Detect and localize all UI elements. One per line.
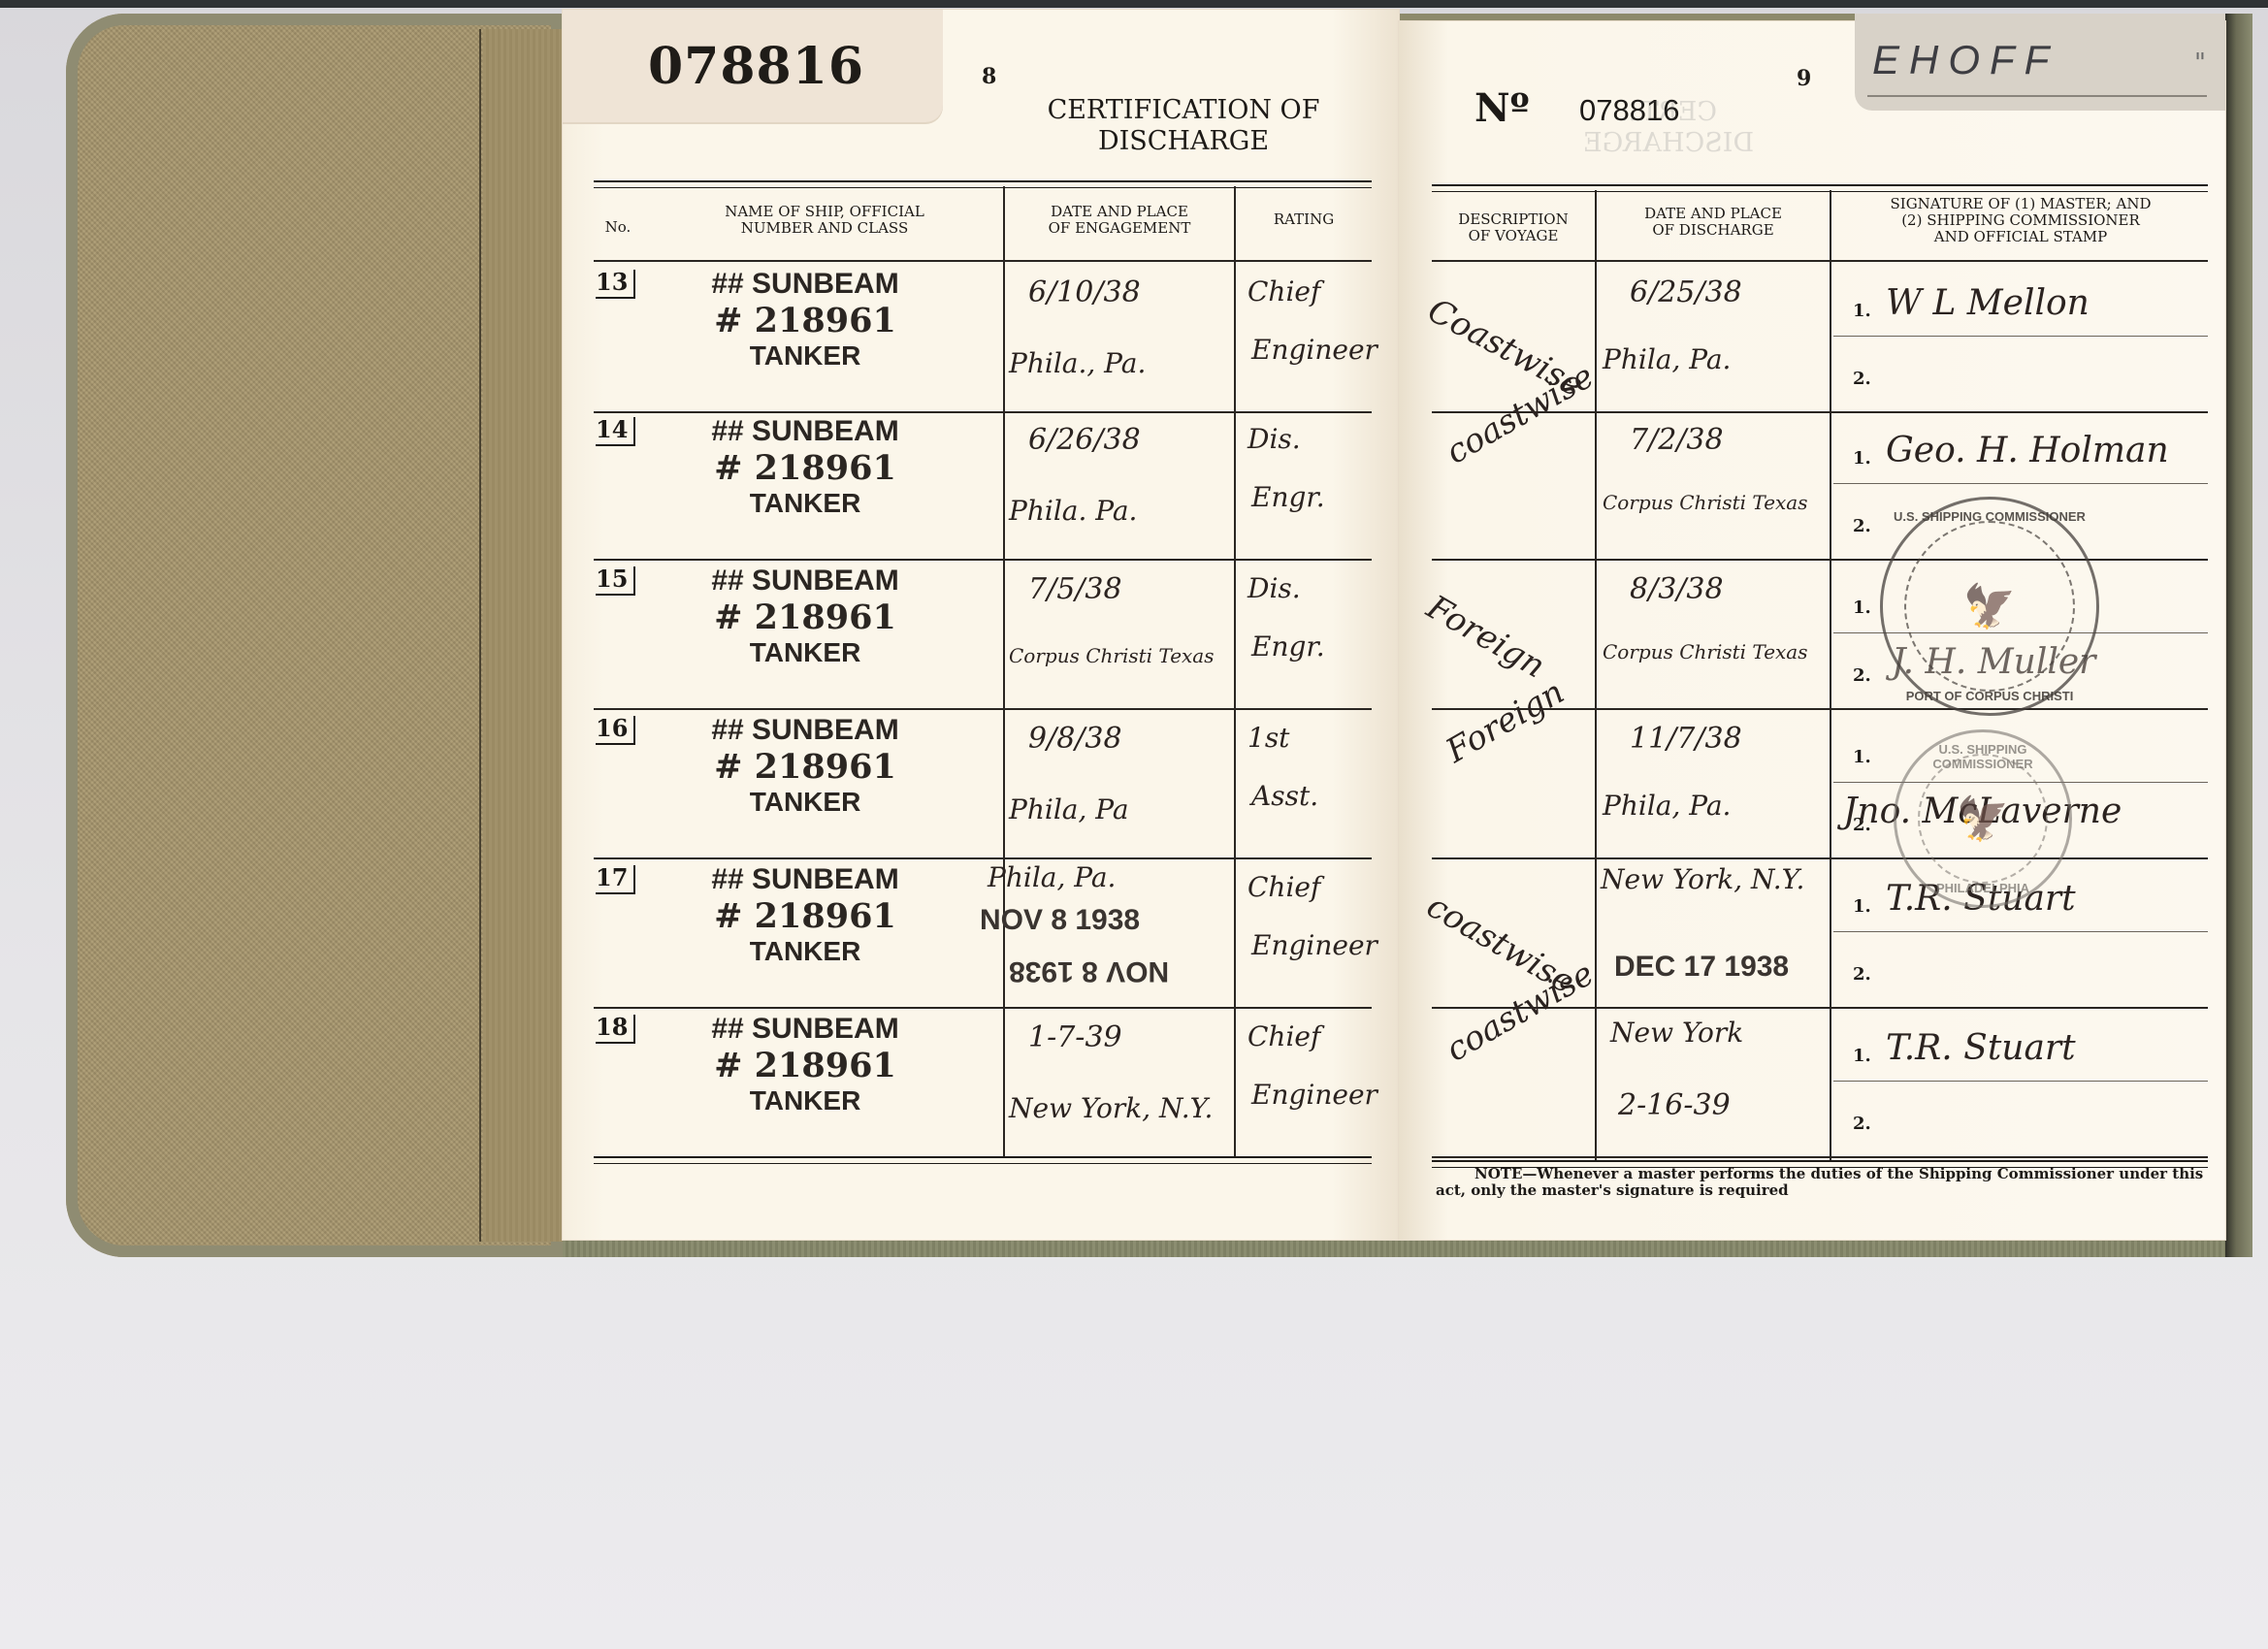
ship-class: TANKER	[631, 340, 980, 372]
discharge-place: Phila, Pa.	[1603, 343, 1731, 375]
row-rule	[1432, 559, 2208, 561]
ship-cell: ## SUNBEAM# 218961TANKER	[631, 714, 980, 818]
discharge-date: 7/2/38	[1630, 423, 1724, 457]
row-rule	[594, 411, 1372, 413]
signature-rule	[1833, 336, 2208, 337]
ship-class: TANKER	[631, 787, 980, 818]
engagement-date: 1-7-39	[1028, 1020, 1122, 1054]
ship-name: ## SUNBEAM	[631, 268, 980, 301]
corpus-christi-seal-icon: U.S. SHIPPING COMMISSIONER 🦅 PORT OF COR…	[1880, 497, 2099, 716]
header-ship: NAME OF SHIP, OFFICIAL NUMBER AND CLASS	[660, 204, 989, 237]
philadelphia-seal-icon: U.S. SHIPPING COMMISSIONER 🦅 PHILADELPHI…	[1894, 729, 2072, 908]
official-number: # 218961	[631, 448, 980, 488]
rating-line-1: Chief	[1247, 871, 1320, 903]
serial-number: 078816	[648, 37, 864, 96]
ship-class: TANKER	[631, 488, 980, 519]
engagement-place: Phila., Pa.	[1009, 347, 1146, 379]
rating-line-2: Asst.	[1251, 780, 1318, 812]
header-dis-l1: DATE AND PLACE	[1597, 206, 1830, 222]
row-rule	[594, 1007, 1372, 1009]
engagement-place: New York, N.Y.	[1009, 1092, 1213, 1124]
rating-line-1: 1st	[1247, 722, 1289, 754]
page-title: CERTIFICATION OF DISCHARGE	[989, 95, 1377, 157]
rating-line-1: Chief	[1247, 275, 1320, 307]
discharge-date: 11/7/38	[1630, 722, 1742, 756]
official-number: # 218961	[631, 896, 980, 936]
signature-label-1: 1.	[1853, 301, 1871, 321]
engagement-place: Phila. Pa.	[1009, 495, 1137, 527]
rating-line-1: Chief	[1247, 1020, 1320, 1052]
column-divider	[1830, 190, 1831, 1160]
signature-rule	[1833, 931, 2208, 932]
official-number: # 218961	[631, 1046, 980, 1085]
header-sig-l2: (2) SHIPPING COMMISSIONER	[1831, 212, 2210, 229]
discharge-date: 6/25/38	[1630, 275, 1742, 309]
rating-line-2: Engineer	[1251, 929, 1377, 961]
column-divider	[1003, 186, 1005, 1156]
seal-bottom-text: PORT OF CORPUS CHRISTI	[1883, 689, 2096, 703]
header-rating: RATING	[1236, 211, 1372, 228]
engagement-date: 9/8/38	[1028, 722, 1122, 756]
ship-name: ## SUNBEAM	[631, 415, 980, 448]
cover-hinge	[479, 29, 481, 1242]
ship-name: ## SUNBEAM	[631, 565, 980, 598]
page-number-left: 8	[982, 64, 996, 89]
ship-cell: ## SUNBEAM# 218961TANKER	[631, 1013, 980, 1116]
name-tab-label: EHOFF	[1872, 37, 2058, 83]
signature-label-1: 1.	[1853, 1046, 1871, 1066]
engagement-date: 6/10/38	[1028, 275, 1141, 309]
engagement-date-stamp: NOV 8 1938	[980, 904, 1140, 937]
header-voy-l2: OF VOYAGE	[1432, 228, 1595, 244]
rating-line-2: Engr.	[1251, 630, 1325, 663]
number-sign: Nº	[1474, 85, 1530, 131]
discharge-place: New York	[1610, 1017, 1743, 1049]
ship-name: ## SUNBEAM	[631, 863, 980, 896]
seal-top-text: U.S. SHIPPING COMMISSIONER	[1896, 742, 2069, 771]
header-dis-l2: OF DISCHARGE	[1597, 222, 1830, 239]
header-voyage: DESCRIPTION OF VOYAGE	[1432, 211, 1595, 244]
engagement-place: Phila, Pa.	[988, 861, 1116, 893]
discharge-date: 2-16-39	[1618, 1088, 1731, 1122]
header-eng-l2: OF ENGAGEMENT	[1005, 220, 1234, 237]
footnote: NOTE—Whenever a master performs the duti…	[1436, 1166, 2221, 1199]
signature-label-2: 2.	[1853, 516, 1871, 536]
header-eng-l1: DATE AND PLACE	[1005, 204, 1234, 220]
table-bottom-rule	[594, 1156, 1372, 1164]
signature-label-1: 1.	[1853, 747, 1871, 767]
title-line-2: DISCHARGE	[989, 126, 1377, 157]
signature-rule	[1833, 483, 2208, 484]
back-cover-edge	[2225, 14, 2252, 1257]
table-top-rule-right	[1432, 184, 2208, 192]
header-no: No.	[594, 219, 642, 236]
header-ship-l1: NAME OF SHIP, OFFICIAL	[660, 204, 989, 220]
header-sig-l1: SIGNATURE OF (1) MASTER; AND	[1831, 196, 2210, 212]
signature-label-2: 2.	[1853, 665, 1871, 686]
engagement-date: 7/5/38	[1028, 572, 1122, 606]
column-divider	[1234, 186, 1236, 1156]
title-line-1: CERTIFICATION OF	[989, 95, 1377, 126]
cover-spine	[483, 29, 563, 1242]
signature-rule	[1833, 1081, 2208, 1082]
table-top-rule	[594, 180, 1372, 188]
ship-class: TANKER	[631, 936, 980, 967]
ship-class: TANKER	[631, 637, 980, 668]
master-signature: T.R. Stuart	[1886, 1028, 2076, 1068]
master-signature: W L Mellon	[1886, 283, 2090, 323]
header-bottom-rule-right	[1432, 260, 2208, 262]
page-number-right: 9	[1797, 66, 1811, 91]
row-rule	[1432, 857, 2208, 859]
header-bottom-rule	[594, 260, 1372, 262]
discharge-date: 8/3/38	[1630, 572, 1724, 606]
engagement-date: 6/26/38	[1028, 423, 1141, 457]
discharge-place: Phila, Pa.	[1603, 790, 1731, 822]
ship-cell: ## SUNBEAM# 218961TANKER	[631, 415, 980, 519]
header-sig-l3: AND OFFICIAL STAMP	[1831, 229, 2210, 245]
rating-line-2: Engr.	[1251, 481, 1325, 513]
ship-name: ## SUNBEAM	[631, 1013, 980, 1046]
show-through-title: CERT...DISCHARGE	[1542, 97, 1795, 159]
official-number: # 218961	[631, 747, 980, 787]
signature-label-2: 2.	[1853, 369, 1871, 389]
signature-label-1: 1.	[1853, 896, 1871, 917]
master-signature: Geo. H. Holman	[1886, 431, 2169, 470]
name-tab-mark: "	[2194, 48, 2206, 78]
engagement-date-stamp-inverted: NOV 8 1938	[1009, 954, 1169, 987]
discharge-date-stamp: DEC 17 1938	[1614, 951, 1789, 984]
official-number: # 218961	[631, 598, 980, 637]
signature-label-1: 1.	[1853, 448, 1871, 469]
signature-label-2: 2.	[1853, 964, 1871, 985]
header-voy-l1: DESCRIPTION	[1432, 211, 1595, 228]
seal-bottom-text: PHILADELPHIA	[1896, 881, 2069, 895]
official-number: # 218961	[631, 301, 980, 340]
engagement-place: Phila, Pa	[1009, 793, 1129, 825]
rating-line-1: Dis.	[1247, 572, 1301, 604]
seal-top-text: U.S. SHIPPING COMMISSIONER	[1883, 509, 2096, 524]
ship-class: TANKER	[631, 1085, 980, 1116]
discharge-place: New York, N.Y.	[1601, 863, 1804, 895]
row-rule	[594, 857, 1372, 859]
discharge-place: Corpus Christi Texas	[1603, 640, 1808, 663]
header-ship-l2: NUMBER AND CLASS	[660, 220, 989, 237]
engagement-place: Corpus Christi Texas	[1009, 644, 1215, 667]
row-rule	[594, 708, 1372, 710]
signature-label-1: 1.	[1853, 598, 1871, 618]
ship-cell: ## SUNBEAM# 218961TANKER	[631, 565, 980, 668]
header-discharge: DATE AND PLACE OF DISCHARGE	[1597, 206, 1830, 239]
row-rule	[594, 559, 1372, 561]
rating-line-2: Engineer	[1251, 334, 1377, 366]
name-tab-rule	[1867, 95, 2207, 97]
ship-name: ## SUNBEAM	[631, 714, 980, 747]
header-signature: SIGNATURE OF (1) MASTER; AND (2) SHIPPIN…	[1831, 196, 2210, 245]
rating-line-2: Engineer	[1251, 1079, 1377, 1111]
header-engagement: DATE AND PLACE OF ENGAGEMENT	[1005, 204, 1234, 237]
ship-cell: ## SUNBEAM# 218961TANKER	[631, 863, 980, 967]
column-divider	[1595, 190, 1597, 1160]
scanner-top-edge	[0, 0, 2268, 8]
row-rule	[1432, 1156, 2208, 1158]
discharge-place: Corpus Christi Texas	[1603, 491, 1808, 514]
rating-line-1: Dis.	[1247, 423, 1301, 455]
signature-label-2: 2.	[1853, 1114, 1871, 1134]
ship-cell: ## SUNBEAM# 218961TANKER	[631, 268, 980, 372]
